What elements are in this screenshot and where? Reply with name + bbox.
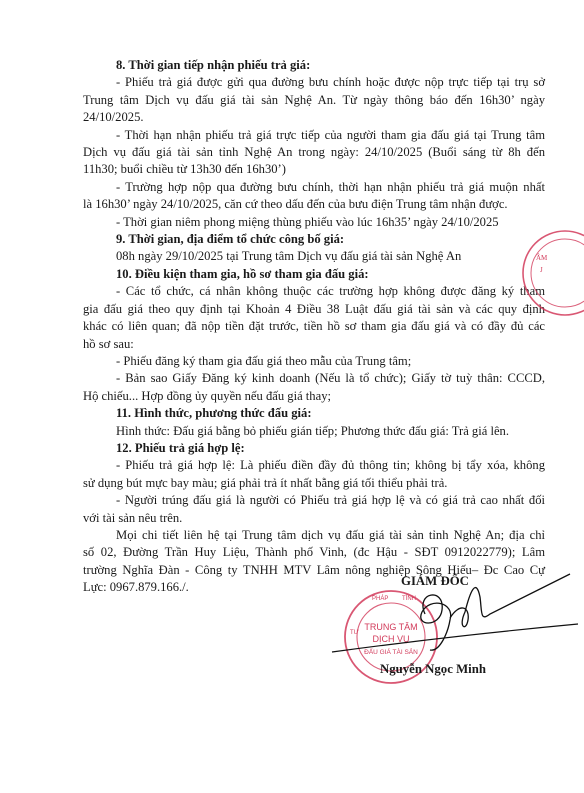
text-line: hồ sơ sau: [83, 336, 545, 353]
text-line: 08h ngày 29/10/2025 tại Trung tâm Dịch v… [83, 248, 545, 265]
text-line: gia đấu giá theo quy định tại Khoản 4 Đi… [83, 301, 545, 318]
svg-text:ÂM: ÂM [536, 254, 548, 262]
text-line: - Phiếu trả giá hợp lệ: Là phiếu điền đầ… [83, 457, 545, 474]
text-line: - Thời hạn nhận phiếu trả giá trực tiếp … [83, 127, 545, 144]
text-line: - Bản sao Giấy Đăng ký kinh doanh (Nếu l… [83, 370, 545, 387]
text-line: 24/10/2025. [83, 109, 545, 126]
text-line: sử dụng bút mực bay màu; giá phải trả ít… [83, 475, 545, 492]
text-line: số 02, Đường Trần Huy Liệu, Thành phố Vi… [83, 544, 545, 561]
section-10-heading: 10. Điều kiện tham gia, hồ sơ tham gia đ… [83, 266, 545, 283]
text-line: - Các tổ chức, cá nhân không thuộc các t… [83, 283, 545, 300]
text-line: Hộ chiếu... Hợp đồng ủy quyền nếu đấu gi… [83, 388, 545, 405]
text-line: - Phiếu đăng ký tham gia đấu giá theo mẫ… [83, 353, 545, 370]
section-11-heading: 11. Hình thức, phương thức đấu giá: [83, 405, 545, 422]
text-line: - Người trúng đấu giá là người có Phiếu … [83, 492, 545, 509]
text-line: - Phiếu trả giá được gửi qua đường bưu c… [83, 74, 545, 91]
section-12-heading: 12. Phiếu trả giá hợp lệ: [83, 440, 545, 457]
text-line: Dịch vụ đấu giá tài sản tỉnh Nghệ An tro… [83, 144, 545, 161]
signatory-name: Nguyễn Ngọc Minh [380, 662, 486, 677]
text-line: 11h30; buổi chiều từ 13h30 đến 16h30’) [83, 161, 545, 178]
text-line: với tài sản nêu trên. [83, 510, 545, 527]
document-body: 8. Thời gian tiếp nhận phiếu trả giá: - … [83, 57, 545, 597]
section-9-heading: 9. Thời gian, địa điểm tổ chức công bố g… [83, 231, 545, 248]
seal-stamp-partial-icon: ÂM J [520, 228, 584, 318]
svg-text:J: J [540, 266, 543, 274]
text-line: Mọi chi tiết liên hệ tại Trung tâm dịch … [83, 527, 545, 544]
text-line: - Thời gian niêm phong miệng thùng phiếu… [83, 214, 545, 231]
text-line: khác có liên quan; đã nộp tiền đặt trước… [83, 318, 545, 335]
text-line: Trung tâm Dịch vụ đấu giá tài sản Nghệ A… [83, 92, 545, 109]
section-8-heading: 8. Thời gian tiếp nhận phiếu trả giá: [83, 57, 545, 74]
text-line: - Trường hợp nộp qua đường bưu chính, th… [83, 179, 545, 196]
text-line: Hình thức: Đấu giá bằng bỏ phiếu gián ti… [83, 423, 545, 440]
text-line: là 16h30’ ngày 24/10/2025, căn cứ theo d… [83, 196, 545, 213]
